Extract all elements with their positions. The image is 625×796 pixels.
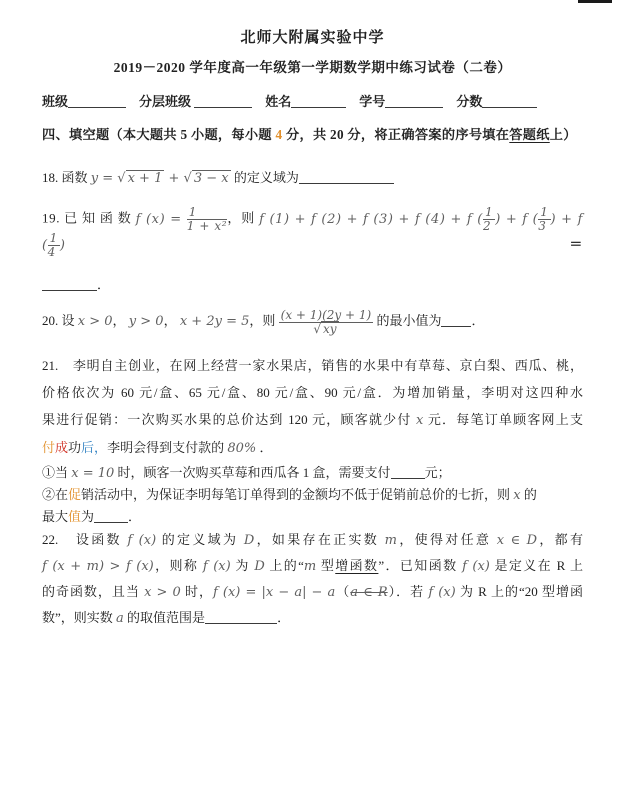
exam-paper-page: 北师大附属实验中学 2019－2020 学年度高一年级第一学期数学期中练习试卷（… [0, 0, 625, 796]
q21-line-4: 付成功后，李明会得到支付款的 80% ． [42, 434, 583, 462]
question-20-text-1: 设 [62, 313, 78, 328]
q19-period: ． [97, 277, 110, 292]
question-19-text-2: ，则 [227, 211, 259, 226]
q22-text-3c: （ [335, 584, 350, 599]
q22-var-m: m [385, 533, 397, 548]
q21-sub1-text-b: 时，顾客一次购买草莓和西瓜各 1 盒，需要支付 [114, 465, 390, 480]
q22-fx-4: f (x) [428, 585, 455, 600]
q22-x-in-D: x ∈ D [497, 533, 537, 548]
field-class-blank [68, 94, 126, 108]
q21-text-line3b: 元．每笔订单顾客网上支 [423, 412, 583, 427]
question-19-text-1: 已 知 函 数 [64, 211, 136, 226]
q19-frac-third: 13 [538, 206, 550, 232]
field-layered-class-blank [194, 94, 252, 108]
q22-text-2b: 为 [231, 558, 255, 573]
field-student-id-label: 学号 [359, 94, 385, 109]
q19-frac-num: 1 [187, 206, 228, 220]
q19-frac-half: 12 [483, 206, 495, 232]
highlight-char-hou: 后， [81, 440, 107, 455]
q21-sub2-var-x: x [513, 488, 520, 503]
exam-subtitle: 2019－2020 学年度高一年级第一学期数学期中练习试卷（二卷） [42, 56, 583, 76]
q22-text-3b: 时， [181, 584, 213, 599]
q19-frac-quarter: 14 [48, 232, 60, 258]
field-layered-class-label: 分层班级 [139, 94, 191, 109]
section-text-1: 四、填空题（本大题共 5 小题，每小题 [42, 127, 275, 142]
q20-big-fraction: (x + 1)(2y + 1)√xy [279, 309, 374, 335]
q22-text-3d: ）．若 [388, 584, 429, 599]
question-21: 21. 李明自主创业，在网上经营一家水果店，销售的水果中有草莓、京白梨、西瓜、桃… [42, 352, 583, 527]
field-score: 分数 [456, 91, 537, 110]
q22-D-2: D [254, 559, 264, 574]
question-19-answer-line: ． [42, 274, 583, 293]
field-student-id: 学号 [359, 91, 443, 110]
q20-period: ． [471, 313, 484, 328]
question-18-number: 18. [42, 170, 58, 185]
q19-frac-den: 1 + x² [187, 220, 228, 233]
q21-sub1-text-a: ①当 [42, 465, 71, 480]
q22-x-positive: x > 0 [144, 585, 181, 600]
q22-text-2d: 型 [316, 558, 335, 573]
q20-radicand: xy [321, 321, 339, 336]
answer-blank-q20 [441, 313, 471, 327]
q19-fx-equals: f (x) = [136, 212, 182, 227]
q22-fx-2: f (x) [203, 559, 231, 574]
q21-line-3: 果进行促销：一次购买水果的总价达到 120 元，顾客就少付 x 元．每笔订单顾客… [42, 406, 583, 434]
q22-text-2a: ，则称 [154, 558, 203, 573]
q20-cond-2: y > 0 [129, 314, 164, 329]
q22-text-1d: ，使得对任意 [397, 532, 497, 547]
q22-text-3e: 为 R 上的“20 型增函 [456, 584, 583, 599]
q21-eighty-percent: 80% [227, 441, 256, 456]
q21-sub2-text-e: 为 [81, 509, 94, 524]
question-21-number: 21. [42, 358, 58, 373]
q21-sub2-text-a: ②在 [42, 487, 68, 502]
q18-radicand-2: 3 − x [192, 170, 231, 186]
q21-subquestion-1: ①当 x = 10 时，顾客一次购买草莓和西瓜各 1 盒，需要支付元； [42, 462, 583, 484]
answer-blank-q18 [299, 170, 394, 184]
q21-sub1-text-c: 元； [425, 465, 451, 480]
q21-subquestion-2-line2: 最大值为． [42, 506, 583, 527]
field-name-label: 姓名 [265, 94, 291, 109]
q22-text-4a: 数”，则实数 [42, 610, 116, 625]
q22-fx-1: f (x) [127, 533, 156, 548]
q22-text-2f: 是定义在 R 上 [490, 558, 583, 573]
q21-sub2-text-c: 的 [521, 487, 537, 502]
field-name-blank [291, 94, 346, 108]
q18-radicand-1: x + 1 [126, 170, 165, 186]
q22-text-2c: 上的“ [265, 558, 304, 573]
q21-line-2: 价格依次为 60 元/盒、65 元/盒、80 元/盒、90 元/盒．为增加销量，… [42, 379, 583, 406]
q21-sub2-period: ． [128, 509, 141, 524]
q22-line-1: 22. 设函数 f (x) 的定义域为 D，如果存在正实数 m，使得对任意 x … [42, 527, 583, 553]
field-score-blank [482, 94, 537, 108]
q21-text-line3a: 果进行促销：一次购买水果的总价达到 120 元，顾客就少付 [42, 412, 416, 427]
q19-half-den: 2 [483, 220, 495, 233]
q22-inequality: f (x + m) > f (x) [42, 559, 154, 574]
q20-comma-1: ， [113, 313, 129, 328]
q22-text-2e: ”．已知函数 [378, 558, 462, 573]
radical-icon: √ [184, 171, 192, 186]
q20-comma-2: ， [164, 313, 180, 328]
q21-sub2-text-b: 销活动中，为保证李明每笔订单得到的金额均不低于促销前总价的七折，则 [81, 487, 513, 502]
q19-sum-4: ) [60, 238, 66, 253]
q22-piecewise-formula: f (x) = |x − a| − a [213, 585, 335, 600]
school-title: 北师大附属实验中学 [42, 26, 583, 47]
scan-artifact [578, 0, 612, 3]
field-student-id-blank [385, 94, 443, 108]
q22-text-1c: ，如果存在正实数 [254, 532, 384, 547]
question-19-formula-def: f (x) = 11 + x² [136, 212, 228, 227]
q19-half-num: 1 [483, 206, 495, 220]
answer-sheet-underlined: 答题纸 [509, 127, 549, 142]
q22-text-1e: ，都有 [537, 532, 583, 547]
q22-line-2: f (x + m) > f (x)，则称 f (x) 为 D 上的“m 型增函数… [42, 553, 583, 579]
q22-text-1b: 的定义域为 [156, 532, 244, 547]
q22-line-3: 的奇函数，且当 x > 0 时，f (x) = |x − a| − a（a ∈ … [42, 579, 583, 605]
field-class: 班级 [42, 91, 126, 110]
field-name: 姓名 [265, 91, 346, 110]
radical-icon: √ [117, 171, 125, 186]
highlight-char-cheng: 成 [55, 440, 68, 455]
q21-text-line1: 李明自主创业，在网上经营一家水果店，销售的水果中有草莓、京白梨、西瓜、桃， [73, 358, 583, 373]
q19-fraction-def: 11 + x² [187, 206, 228, 232]
q22-underlined-term: 增函数 [335, 558, 378, 573]
q20-cond-1: x > 0 [78, 314, 113, 329]
answer-blank-q22 [205, 610, 277, 624]
question-19-number: 19. [42, 211, 60, 226]
question-18-formula: y = √x + 1 + √3 − x [91, 170, 231, 186]
q19-quarter-den: 4 [48, 246, 60, 259]
q22-text-1a: 设函数 [76, 532, 128, 547]
question-19: 19. 已 知 函 数 f (x) = 11 + x²，则 f (1) + f … [42, 206, 583, 258]
q19-sum-1: f (1) + f (2) + f (3) + f (4) + f ( [259, 212, 483, 227]
highlight-char-cu: 促 [68, 487, 81, 502]
q21-text-line2: 价格依次为 60 元/盒、65 元/盒、80 元/盒、90 元/盒．为增加销量，… [42, 385, 583, 400]
q22-text-4b: 的取值范围是 [124, 610, 205, 625]
question-22-number: 22. [42, 532, 58, 547]
q20-cond-3: x + 2y = 5 [180, 314, 250, 329]
q21-sub2-text-d: 最大 [42, 509, 68, 524]
q19-third-den: 3 [538, 220, 550, 233]
question-20-text-3: 的最小值为 [373, 313, 441, 328]
q22-period: ． [277, 610, 290, 625]
page-content: 北师大附属实验中学 2019－2020 学年度高一年级第一学期数学期中练习试卷（… [0, 0, 625, 631]
q19-third-num: 1 [538, 206, 550, 220]
q20-frac-den: √xy [279, 323, 374, 336]
question-22: 22. 设函数 f (x) 的定义域为 D，如果存在正实数 m，使得对任意 x … [42, 527, 583, 631]
char-gong: 功 [68, 440, 81, 455]
q21-line-1: 21. 李明自主创业，在网上经营一家水果店，销售的水果中有草莓、京白梨、西瓜、桃… [42, 352, 583, 379]
q18-plus: + [164, 171, 183, 186]
q22-var-a: a [116, 611, 124, 626]
q22-m-2: m [304, 559, 316, 574]
question-20: 20. 设 x > 0， y > 0， x + 2y = 5，则 (x + 1)… [42, 309, 583, 335]
q21-line4-period: ． [256, 440, 272, 455]
q21-subquestion-2: ②在促销活动中，为保证李明每笔订单得到的金额均不低于促销前总价的七折，则 x 的 [42, 484, 583, 506]
radical-icon: √ [313, 322, 321, 336]
answer-blank-q21-sub1 [391, 465, 425, 479]
question-20-text-2: ，则 [249, 313, 278, 328]
answer-blank-q21-sub2 [94, 509, 128, 523]
q21-sub1-condition: x = 10 [71, 466, 114, 481]
q19-sum-2: ) + f ( [495, 212, 538, 227]
q22-text-3a: 的奇函数，且当 [42, 584, 144, 599]
q22-domain-D: D [244, 533, 254, 548]
q22-fx-3: f (x) [462, 559, 490, 574]
question-20-number: 20. [42, 313, 58, 328]
q19-quarter-num: 1 [48, 232, 60, 246]
section-text-3: 上） [550, 127, 577, 142]
answer-blank-q19 [42, 277, 97, 291]
section-header: 四、填空题（本大题共 5 小题，每小题 4 分，共 20 分，将正确答案的序号填… [42, 124, 583, 143]
q19-equals-sign: ＝ [569, 237, 583, 252]
highlight-char-zhi: 值 [68, 509, 81, 524]
question-18-text-1: 函数 [62, 170, 91, 185]
question-18: 18. 函数 y = √x + 1 + √3 − x 的定义域为 [42, 167, 583, 186]
question-18-text-2: 的定义域为 [231, 170, 299, 185]
q22-line-4: 数”，则实数 a 的取值范围是． [42, 605, 583, 631]
section-text-2: 分，共 20 分，将正确答案的序号填在 [282, 127, 509, 142]
student-info-line: 班级 分层班级 姓名 学号 分数 [42, 91, 583, 110]
field-score-label: 分数 [456, 94, 482, 109]
q22-a-in-R-struck: a ∈ R [350, 585, 387, 600]
field-class-label: 班级 [42, 94, 68, 109]
highlight-char-fu: 付 [42, 440, 55, 455]
field-layered-class: 分层班级 [139, 91, 252, 110]
q21-text-line4: 李明会得到支付款的 [107, 440, 227, 455]
q18-y-equals: y = [91, 171, 113, 186]
